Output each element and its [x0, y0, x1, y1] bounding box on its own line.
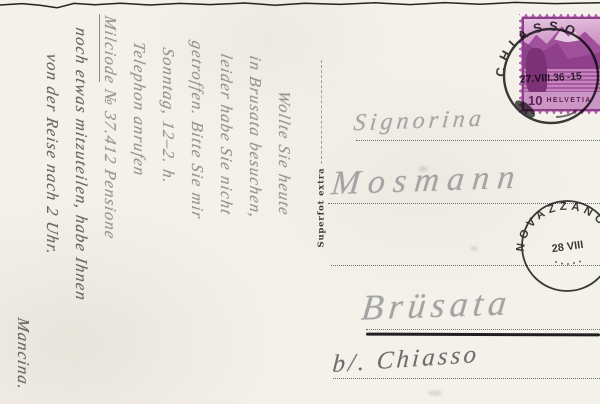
- address-ruled-line: [333, 378, 600, 379]
- message-line: in Brusata besuchen,: [241, 53, 270, 403]
- ink-mark: [556, 110, 576, 117]
- message-line: von der Reise nach 2 Uhr.: [38, 51, 67, 403]
- brand-imprint: Superfot extra: [317, 162, 330, 254]
- postmark-date-value: 28 VIII: [551, 239, 584, 255]
- paper-smudge: [470, 246, 478, 251]
- paper-smudge: [418, 166, 428, 172]
- paper-smudge: [428, 390, 442, 396]
- postmark-town-arc: CHIASSO: [496, 21, 583, 78]
- novazzano-postmark: NOVAZZANO 28 VIII: [516, 192, 600, 302]
- message-line: noch etwas mitzuteilen, habe Ihnen: [67, 25, 96, 403]
- postmark-date-value: 27.VIII.36: [520, 71, 566, 85]
- postmark-date: 28 VIII: [551, 239, 584, 255]
- underlined-word: Milciode: [99, 14, 120, 86]
- message-line-rest: № 37.412 Pensione: [101, 83, 120, 242]
- message-handwriting: Wollte Sie heute in Brusata besuchen, le…: [4, 6, 299, 401]
- stamp-perforation: [519, 11, 600, 17]
- divider-rule: [321, 60, 322, 164]
- address-line-1: Signorina: [352, 106, 486, 138]
- message-signature: Mancina.: [9, 315, 38, 403]
- message-line: Wollte Sie heute: [270, 88, 299, 403]
- address-line-2: Mosmann: [330, 159, 525, 204]
- address-line-4: b/. Chiasso: [331, 341, 480, 379]
- message-line: Milciode № 37.412 Pensione: [96, 13, 125, 403]
- address-ruled-line: [356, 140, 600, 141]
- message-line: Sonntag, 12–2. h.: [154, 45, 183, 403]
- message-line: leider habe Sie nicht: [212, 51, 241, 403]
- message-line: getroffen. Bitte Sie mir: [183, 38, 212, 403]
- chiasso-postmark: CHIASSO 27.VIII.36-15: [496, 21, 600, 133]
- address-line-3: Brüsata: [359, 281, 513, 328]
- postmark-bottom-marks: [555, 261, 581, 266]
- postmark-date: 27.VIII.36-15: [520, 70, 583, 85]
- address-underline: [366, 333, 600, 336]
- address-ruled-line: [366, 329, 600, 330]
- postcard-back: Wollte Sie heute in Brusata besuchen, le…: [0, 0, 600, 404]
- postmark-time-value: -15: [566, 70, 582, 83]
- message-line: Telephon anrufen: [125, 39, 154, 403]
